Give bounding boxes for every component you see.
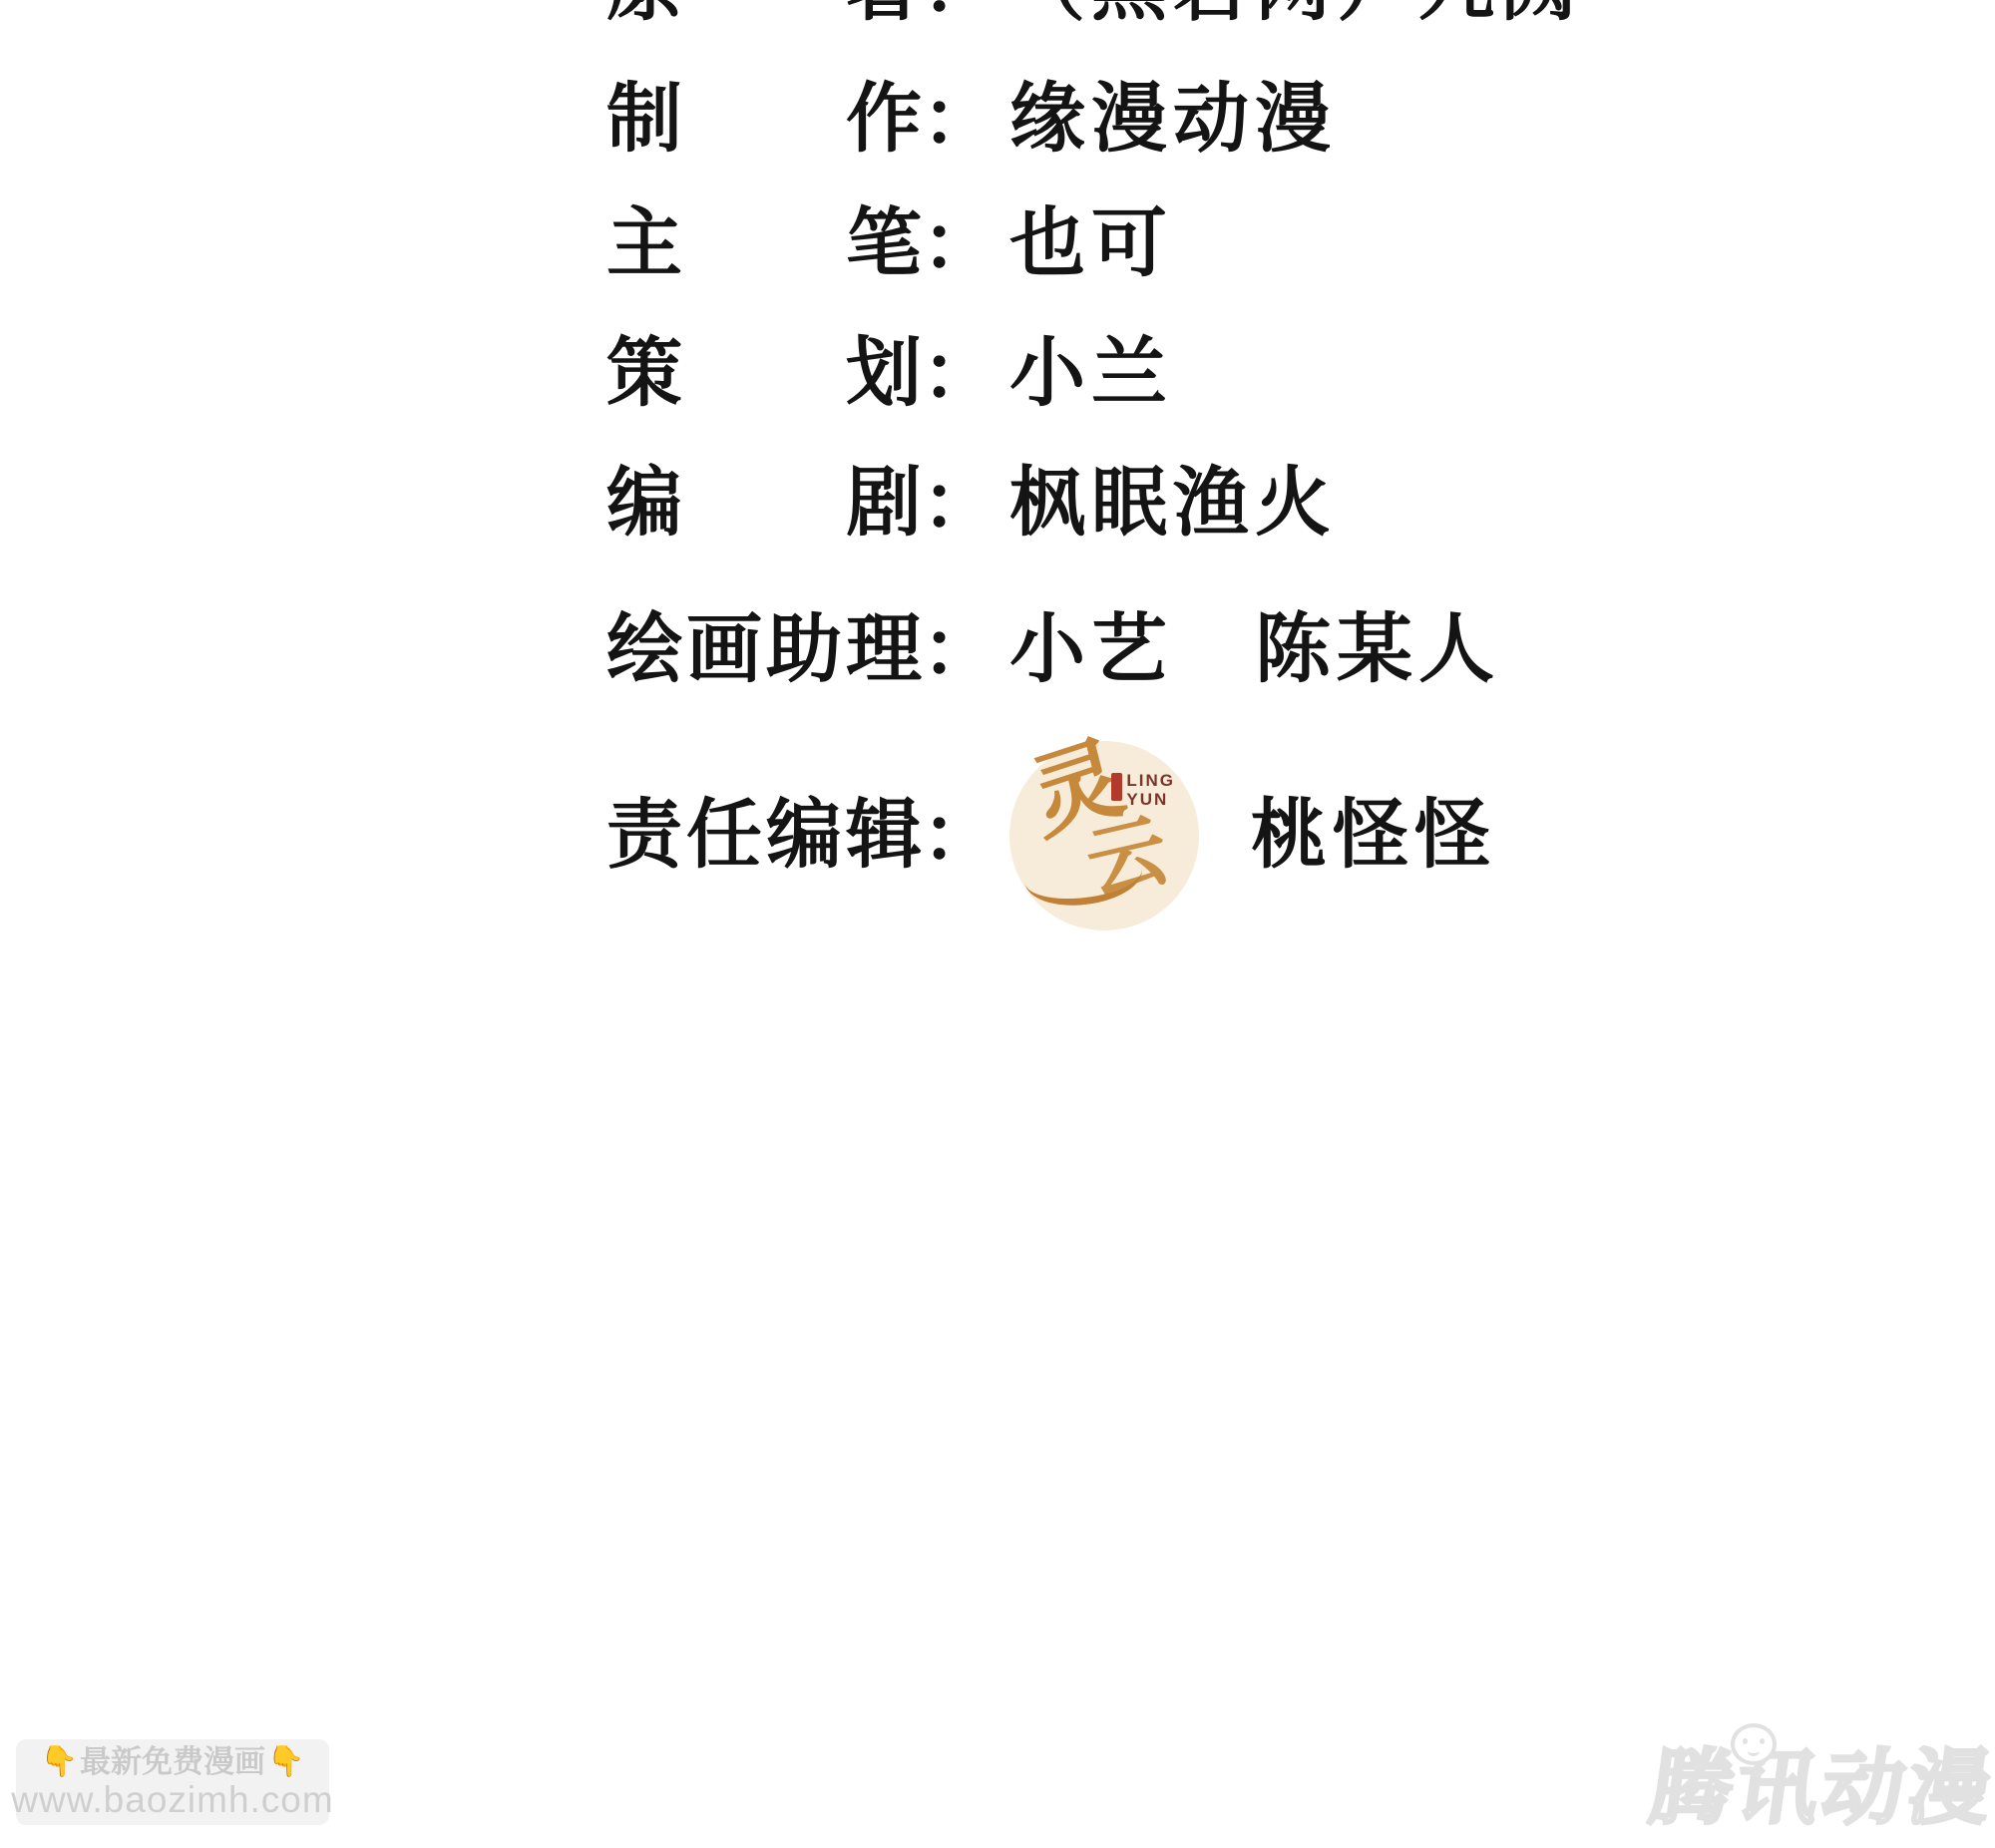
credit-row-art-assistants: 绘画助理 ： 小艺 陈某人 — [606, 610, 1500, 690]
lingyun-latin-line2: YUN — [1126, 790, 1168, 809]
credit-row-production: 制作 ： 缘漫动漫 — [606, 80, 1337, 160]
credit-role: 编剧 — [606, 464, 922, 544]
lingyun-studio-logo: 灵 云 LING YUN — [1009, 741, 1199, 930]
publisher-name: 腾讯动漫 — [1644, 1737, 1995, 1841]
credit-role: 制作 — [606, 80, 922, 160]
credit-row-lead-artist: 主笔 ： 也可 — [606, 204, 1173, 284]
credit-colon: ： — [922, 464, 999, 544]
credit-colon: ： — [922, 80, 999, 160]
lingyun-latin-line1: LING — [1126, 771, 1175, 790]
credit-role: 责任编辑 — [606, 796, 922, 876]
credit-colon: ： — [922, 204, 999, 284]
credit-value: 桃怪怪 — [1251, 796, 1496, 876]
point-down-icon: 👇 — [267, 1745, 304, 1779]
tencent-comics-logo: 腾讯动漫 — [1651, 1737, 1990, 1847]
baozimh-watermark: 👇 最新免费漫画 👇 www.baozimh.com — [16, 1739, 329, 1825]
point-down-icon: 👇 — [41, 1745, 78, 1779]
credit-row-screenwriter: 编剧 ： 枫眠渔火 — [606, 464, 1337, 544]
credit-row-planner: 策划 ： 小兰 — [606, 334, 1173, 414]
credit-role: 绘画助理 — [606, 610, 922, 690]
watermark-slogan: 👇 最新免费漫画 👇 — [41, 1745, 305, 1779]
credit-role: 原著 — [606, 0, 922, 28]
credit-role: 主笔 — [606, 204, 922, 284]
credit-colon: ： — [922, 796, 999, 876]
credit-value: （黑岩网）九阙 — [1009, 0, 1582, 28]
credit-colon: ： — [922, 334, 999, 414]
red-seal-icon — [1111, 773, 1122, 801]
credit-value: 枫眠渔火 — [1009, 464, 1337, 544]
credit-value: 小艺 陈某人 — [1009, 610, 1500, 690]
credit-value: 也可 — [1009, 204, 1173, 284]
credit-value: 小兰 — [1009, 334, 1173, 414]
credit-value: 缘漫动漫 — [1009, 80, 1337, 160]
credit-colon: ： — [922, 0, 999, 28]
credit-colon: ： — [922, 610, 999, 690]
credit-row-editor: 责任编辑 ： 灵 云 LING YUN 桃怪怪 — [606, 741, 1496, 930]
mascot-face-icon — [1731, 1723, 1777, 1765]
credit-role: 策划 — [606, 334, 922, 414]
credit-row-original-author: 原著 ： （黑岩网）九阙 — [606, 0, 1582, 28]
watermark-slogan-text: 最新免费漫画 — [80, 1745, 265, 1779]
comic-credits-page: 原著 ： （黑岩网）九阙 制作 ： 缘漫动漫 主笔 ： 也可 策划 ： 小兰 编… — [0, 0, 1995, 1848]
watermark-url: www.baozimh.com — [11, 1780, 333, 1820]
lingyun-latin-text: LING YUN — [1111, 771, 1175, 809]
